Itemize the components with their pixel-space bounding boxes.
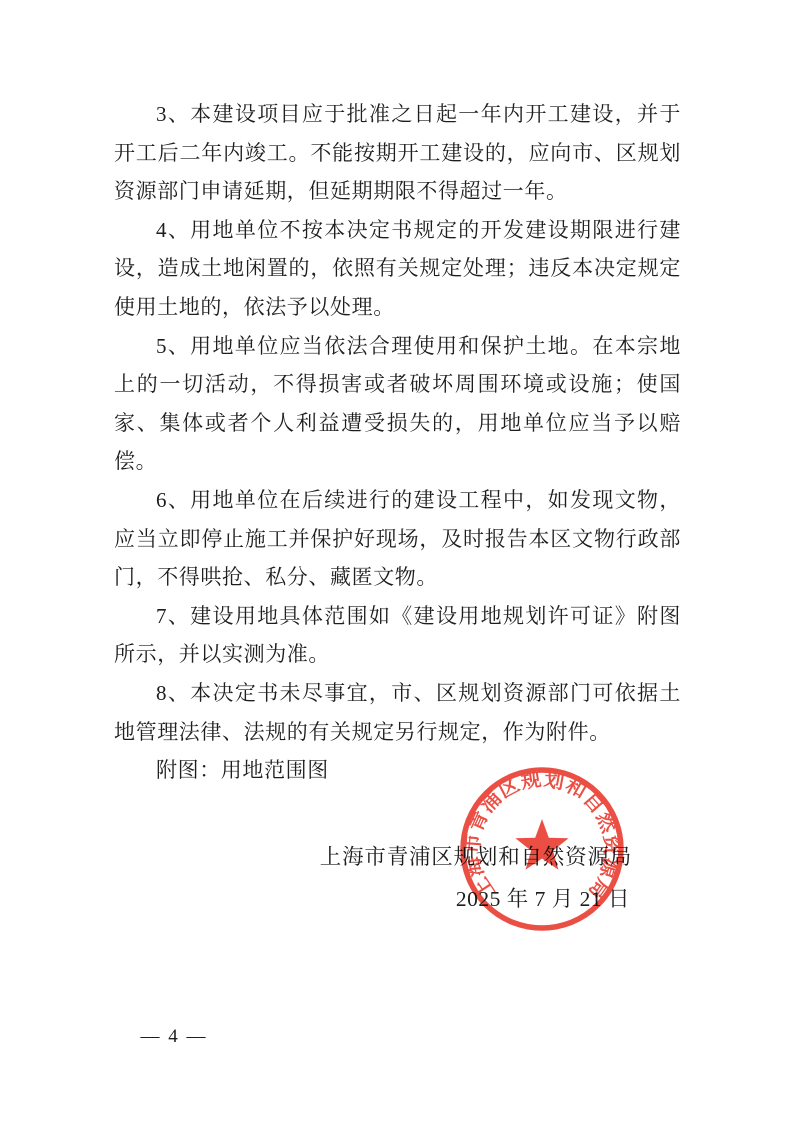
document-body: 3、本建设项目应于批准之日起一年内开工建设，并于开工后二年内竣工。不能按期开工建…: [114, 95, 681, 790]
clause-5: 5、用地单位应当依法合理使用和保护土地。在本宗地上的一切活动，不得损害或者破坏周…: [114, 327, 681, 481]
clause-8: 8、本决定书未尽事宜，市、区规划资源部门可依据土地管理法律、法规的有关规定另行规…: [114, 674, 681, 751]
issuing-authority: 上海市青浦区规划和自然资源局: [320, 840, 632, 871]
document-page: 3、本建设项目应于批准之日起一年内开工建设，并于开工后二年内竣工。不能按期开工建…: [0, 0, 794, 1123]
issue-date: 2025 年 7 月 21 日: [456, 882, 630, 913]
clause-3: 3、本建设项目应于批准之日起一年内开工建设，并于开工后二年内竣工。不能按期开工建…: [114, 95, 681, 211]
attachment-note: 附图：用地范围图: [114, 751, 681, 790]
clause-6: 6、用地单位在后续进行的建设工程中，如发现文物，应当立即停止施工并保护好现场，及…: [114, 481, 681, 597]
page-number: — 4 —: [114, 1026, 234, 1048]
clause-7: 7、建设用地具体范围如《建设用地规划许可证》附图所示，并以实测为准。: [114, 597, 681, 674]
clause-4: 4、用地单位不按本决定书规定的开发建设期限进行建设，造成土地闲置的，依照有关规定…: [114, 211, 681, 327]
